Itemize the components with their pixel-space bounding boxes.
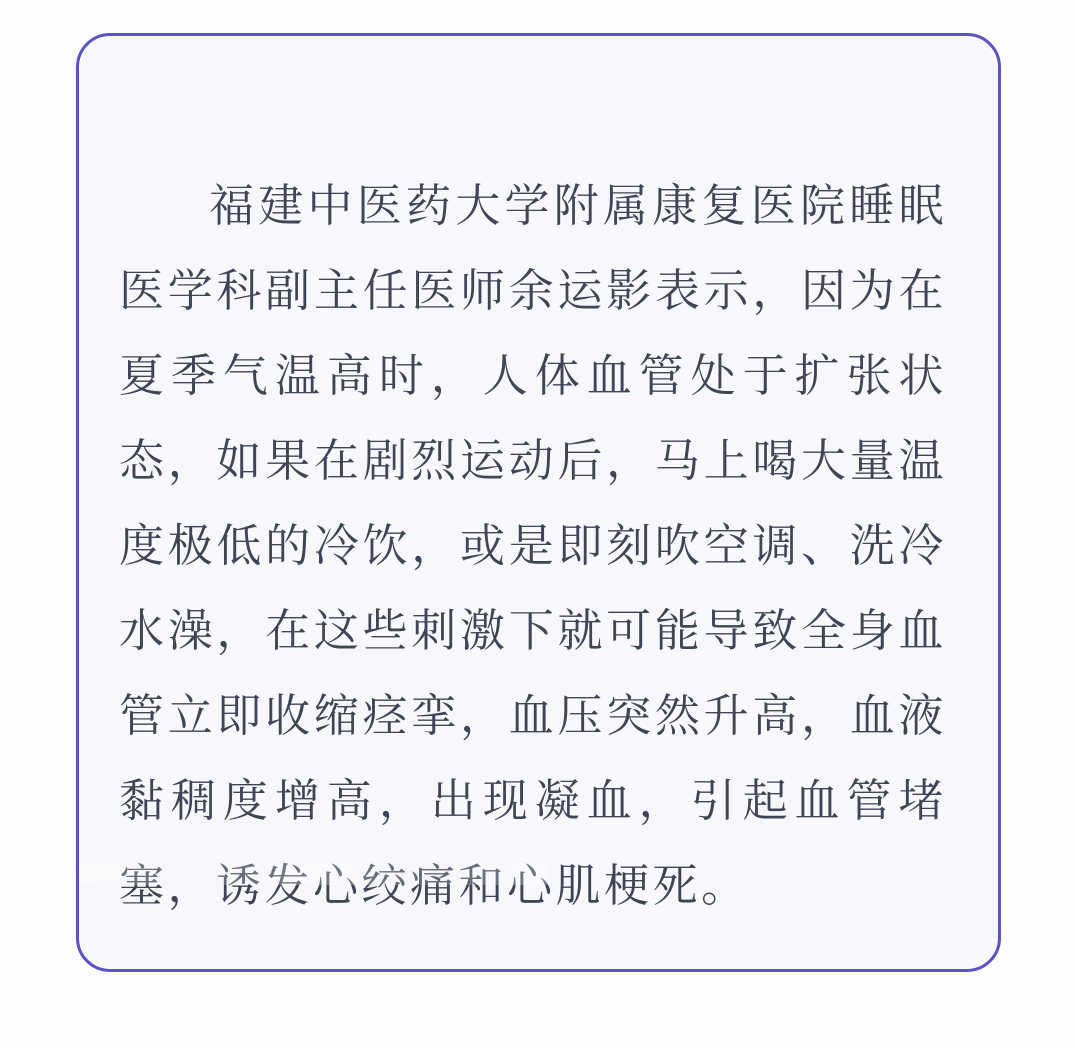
paragraph-line: 管立即收缩痉挛，血压突然升高，血液: [119, 673, 947, 758]
quote-card: 福建中医药大学附属康复医院睡眠 医学科副主任医师余运影表示，因为在 夏季气温高时…: [76, 33, 1001, 972]
paragraph-line: 度极低的冷饮，或是即刻吹空调、洗冷: [119, 503, 947, 588]
paragraph-line: 黏稠度增高，出现凝血，引起血管堵: [119, 758, 947, 843]
paragraph-line: 态，如果在剧烈运动后，马上喝大量温: [119, 418, 947, 503]
paragraph-line: 福建中医药大学附属康复医院睡眠: [119, 163, 947, 248]
page-background: 福建中医药大学附属康复医院睡眠 医学科副主任医师余运影表示，因为在 夏季气温高时…: [0, 0, 1075, 1048]
paragraph-line: 医学科副主任医师余运影表示，因为在: [119, 248, 947, 333]
paragraph-block: 福建中医药大学附属康复医院睡眠 医学科副主任医师余运影表示，因为在 夏季气温高时…: [119, 163, 947, 928]
paragraph-line: 夏季气温高时，人体血管处于扩张状: [119, 333, 947, 418]
paragraph-line: 水澡，在这些刺激下就可能导致全身血: [119, 588, 947, 673]
paragraph-line: 塞，诱发心绞痛和心肌梗死。: [119, 843, 947, 928]
